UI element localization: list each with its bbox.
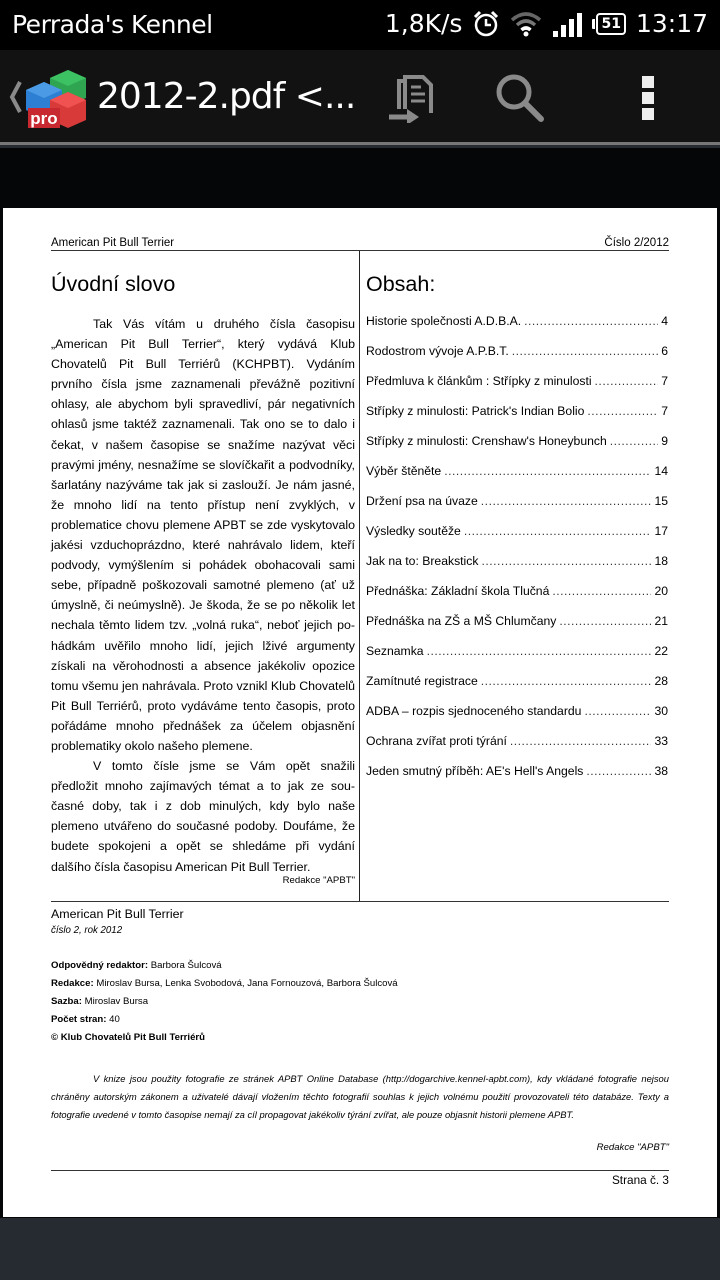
toc-item-page: 15 bbox=[651, 494, 668, 508]
toc-list: Historie společnosti A.D.B.A.4Rodostrom … bbox=[366, 314, 668, 794]
pdf-page[interactable]: American Pit Bull Terrier Číslo 2/2012 Ú… bbox=[3, 208, 717, 1217]
toc-item-page: 22 bbox=[651, 644, 668, 658]
toc-leader-dots bbox=[464, 524, 652, 538]
intro-column: Úvodní slovo Tak Vás vítám u druhého čís… bbox=[51, 270, 355, 877]
page-number: Strana č. 3 bbox=[51, 1173, 669, 1187]
credit-line: Sazba: Miroslav Bursa bbox=[51, 993, 669, 1011]
toc-leader-dots bbox=[586, 764, 651, 778]
toc-item-title: Zamítnuté registrace bbox=[366, 674, 481, 688]
toc-item[interactable]: Jak na to: Breakstick18 bbox=[366, 554, 668, 584]
toc-item[interactable]: Výběr štěněte14 bbox=[366, 464, 668, 494]
toc-item[interactable]: Seznamka22 bbox=[366, 644, 668, 674]
credit-value: 40 bbox=[109, 1014, 120, 1025]
toc-item-title: Jak na to: Breakstick bbox=[366, 554, 481, 568]
overflow-menu-icon[interactable] bbox=[620, 70, 676, 126]
toc-leader-dots bbox=[559, 614, 651, 628]
back-chevron-icon[interactable] bbox=[8, 80, 22, 119]
search-icon[interactable] bbox=[492, 70, 548, 126]
credit-line: Odpovědný redaktor: Barbora Šulcová bbox=[51, 957, 669, 975]
toc-item[interactable]: Střípky z minulosti: Crenshaw's Honeybun… bbox=[366, 434, 668, 464]
alarm-icon bbox=[472, 10, 500, 38]
credit-label: Odpovědný redaktor: bbox=[51, 960, 148, 971]
credit-line: © Klub Chovatelů Pit Bull Terriérů bbox=[51, 1029, 669, 1047]
imprint-issue: číslo 2, rok 2012 bbox=[51, 925, 669, 936]
toc-leader-dots bbox=[595, 374, 659, 388]
credit-label: Redakce: bbox=[51, 978, 94, 989]
credit-line: Redakce: Miroslav Bursa, Lenka Svobodová… bbox=[51, 975, 669, 993]
toc-item-title: Jeden smutný příběh: AE's Hell's Angels bbox=[366, 764, 586, 778]
toc-leader-dots bbox=[512, 344, 659, 358]
toc-item-page: 33 bbox=[651, 734, 668, 748]
toc-item-page: 20 bbox=[651, 584, 668, 598]
toc-item-page: 7 bbox=[658, 404, 668, 418]
clock: 13:17 bbox=[636, 9, 708, 38]
column-divider bbox=[359, 251, 360, 902]
signal-icon bbox=[552, 11, 582, 37]
toc-item-page: 17 bbox=[651, 524, 668, 538]
toc-leader-dots bbox=[552, 584, 651, 598]
toc-item-page: 9 bbox=[658, 434, 668, 448]
credit-label: © Klub Chovatelů Pit Bull Terriérů bbox=[51, 1032, 205, 1043]
credit-value: Barbora Šulcová bbox=[151, 960, 222, 971]
toc-item-page: 7 bbox=[658, 374, 668, 388]
battery-level: 51 bbox=[596, 13, 625, 35]
viewer-background bbox=[0, 1218, 720, 1280]
app-logo-icon[interactable]: pro bbox=[24, 68, 90, 130]
toc-item-title: Seznamka bbox=[366, 644, 427, 658]
intro-paragraph: V tomto čísle jsme se Vám opět snažili p… bbox=[51, 756, 355, 877]
toc-item-page: 28 bbox=[651, 674, 668, 688]
toc-item-title: Přednáška: Základní škola Tlučná bbox=[366, 584, 552, 598]
svg-text:pro: pro bbox=[30, 109, 57, 128]
toc-leader-dots bbox=[481, 674, 652, 688]
intro-signoff: Redakce "APBT" bbox=[51, 875, 355, 886]
toc-item-title: Rodostrom vývoje A.P.B.T. bbox=[366, 344, 512, 358]
credit-value: Miroslav Bursa, Lenka Svobodová, Jana Fo… bbox=[96, 978, 397, 989]
toc-item[interactable]: Jeden smutný příběh: AE's Hell's Angels3… bbox=[366, 764, 668, 794]
wifi-icon bbox=[510, 11, 542, 37]
toc-leader-dots bbox=[524, 314, 658, 328]
imprint: American Pit Bull Terrier číslo 2, rok 2… bbox=[51, 906, 669, 1047]
toc-item[interactable]: ADBA – rozpis sjednoceného standardu30 bbox=[366, 704, 668, 734]
toc-leader-dots bbox=[510, 734, 652, 748]
toc-item[interactable]: Přednáška: Základní škola Tlučná20 bbox=[366, 584, 668, 614]
battery-icon: 51 bbox=[592, 13, 625, 35]
imprint-magazine: American Pit Bull Terrier bbox=[51, 906, 669, 923]
intro-paragraph: Tak Vás vítám u druhého čísla časopisu „… bbox=[51, 314, 355, 756]
toc-item-title: Historie společnosti A.D.B.A. bbox=[366, 314, 524, 328]
toc-item-title: Střípky z minulosti: Patrick's Indian Bo… bbox=[366, 404, 587, 418]
toc-item[interactable]: Střípky z minulosti: Patrick's Indian Bo… bbox=[366, 404, 668, 434]
toc-item-page: 14 bbox=[651, 464, 668, 478]
toc-item[interactable]: Rodostrom vývoje A.P.B.T.6 bbox=[366, 344, 668, 374]
toc-leader-dots bbox=[481, 494, 652, 508]
toc-leader-dots bbox=[587, 404, 658, 418]
toc-item[interactable]: Ochrana zvířat proti týrání33 bbox=[366, 734, 668, 764]
intro-heading: Úvodní slovo bbox=[51, 270, 355, 298]
toc-item-title: Držení psa na úvaze bbox=[366, 494, 481, 508]
toc-heading: Obsah: bbox=[366, 270, 668, 298]
running-header-title: American Pit Bull Terrier bbox=[51, 237, 174, 249]
export-icon[interactable] bbox=[382, 70, 438, 126]
toc-column: Obsah: Historie společnosti A.D.B.A.4Rod… bbox=[366, 270, 668, 794]
credit-label: Počet stran: bbox=[51, 1014, 106, 1025]
toc-item-page: 4 bbox=[658, 314, 668, 328]
app-bar: pro 2012-2.pdf <... bbox=[0, 50, 720, 145]
toc-item-title: Předmluva k článkům : Střípky z minulost… bbox=[366, 374, 595, 388]
toc-item[interactable]: Výsledky soutěže17 bbox=[366, 524, 668, 554]
disclaimer-signoff: Redakce "APBT" bbox=[51, 1142, 669, 1153]
footer-rule bbox=[51, 1170, 669, 1171]
toc-leader-dots bbox=[584, 704, 651, 718]
toc-leader-dots bbox=[481, 554, 651, 568]
section-divider bbox=[51, 901, 669, 902]
page-header: American Pit Bull Terrier Číslo 2/2012 bbox=[51, 237, 669, 251]
notification-title: Perrada's Kennel bbox=[12, 10, 213, 39]
toc-leader-dots bbox=[444, 464, 651, 478]
toc-item-title: Přednáška na ZŠ a MŠ Chlumčany bbox=[366, 614, 559, 628]
toc-item-title: Střípky z minulosti: Crenshaw's Honeybun… bbox=[366, 434, 610, 448]
toc-item[interactable]: Předmluva k článkům : Střípky z minulost… bbox=[366, 374, 668, 404]
toc-item[interactable]: Držení psa na úvaze15 bbox=[366, 494, 668, 524]
toc-item-page: 18 bbox=[651, 554, 668, 568]
status-icons: 1,8K/s 51 13:17 bbox=[385, 9, 708, 38]
toc-item-page: 38 bbox=[651, 764, 668, 778]
toc-item[interactable]: Historie společnosti A.D.B.A.4 bbox=[366, 314, 668, 344]
issue-number: Číslo 2/2012 bbox=[604, 237, 669, 249]
toc-item-title: Ochrana zvířat proti týrání bbox=[366, 734, 510, 748]
disclaimer: V knize jsou použity fotografie ze strán… bbox=[51, 1070, 669, 1125]
toc-item[interactable]: Přednáška na ZŠ a MŠ Chlumčany21 bbox=[366, 614, 668, 644]
toc-item-title: ADBA – rozpis sjednoceného standardu bbox=[366, 704, 584, 718]
toc-item-page: 21 bbox=[651, 614, 668, 628]
toc-item-title: Výsledky soutěže bbox=[366, 524, 464, 538]
document-title[interactable]: 2012-2.pdf <... bbox=[97, 76, 355, 117]
status-bar: Perrada's Kennel 1,8K/s 51 13:17 bbox=[0, 0, 720, 50]
credit-line: Počet stran: 40 bbox=[51, 1011, 669, 1029]
imprint-credits: Odpovědný redaktor: Barbora ŠulcováRedak… bbox=[51, 957, 669, 1047]
toc-item-page: 6 bbox=[658, 344, 668, 358]
credit-value: Miroslav Bursa bbox=[85, 996, 148, 1007]
credit-label: Sazba: bbox=[51, 996, 82, 1007]
toc-item[interactable]: Zamítnuté registrace28 bbox=[366, 674, 668, 704]
network-speed: 1,8K/s bbox=[385, 9, 463, 38]
toc-item-page: 30 bbox=[651, 704, 668, 718]
toc-leader-dots bbox=[610, 434, 658, 448]
toc-leader-dots bbox=[427, 644, 652, 658]
toc-item-title: Výběr štěněte bbox=[366, 464, 444, 478]
